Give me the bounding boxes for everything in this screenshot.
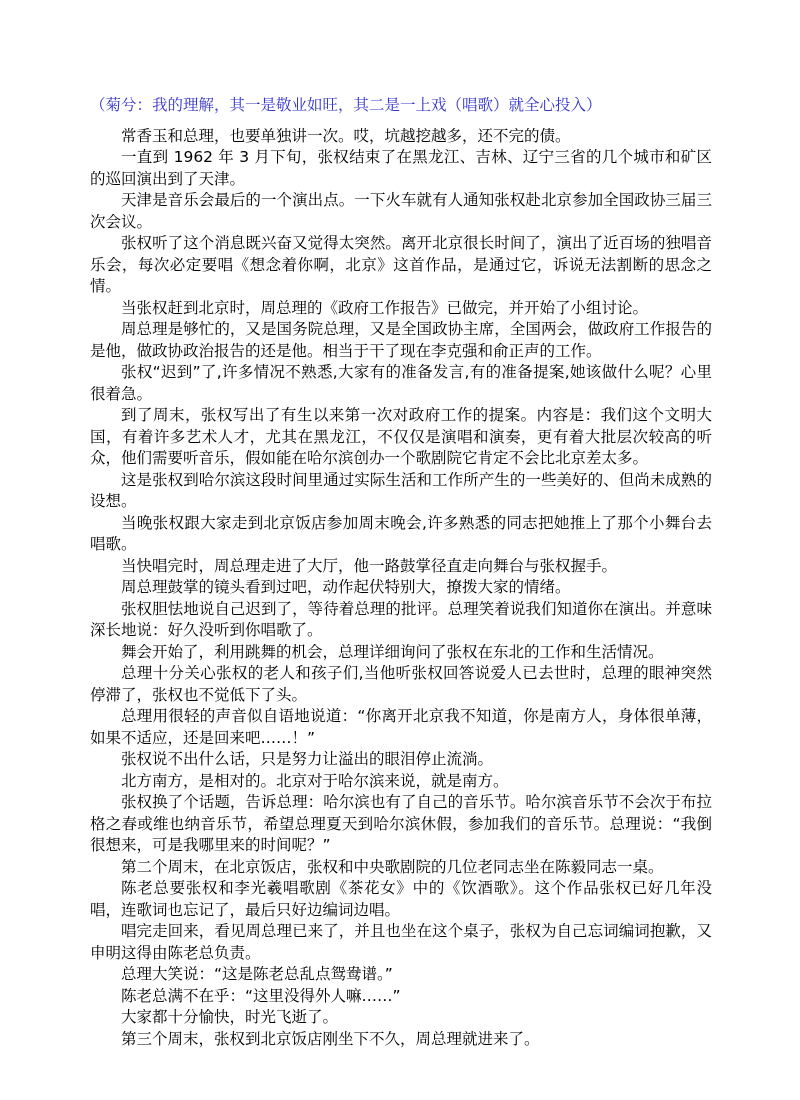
document-body: （菊兮：我的理解，其一是敬业如旺，其二是一上戏（唱歌）就全心投入） 常香玉和总理… xyxy=(90,95,712,1050)
paragraph: 当快唱完时，周总理走进了大厅，他一路鼓掌径直走向舞台与张权握手。 xyxy=(90,556,712,578)
paragraph: 一直到 1962 年 3 月下旬，张权结束了在黑龙江、吉林、辽宁三省的几个城市和… xyxy=(90,147,712,190)
paragraph: 张权“迟到”了,许多情况不熟悉,大家有的准备发言,有的准备提案,她该做什么呢？心… xyxy=(90,362,712,405)
paragraph: 唱完走回来，看见周总理已来了，并且也坐在这个桌子，张权为自己忘词编词抱歉，又申明… xyxy=(90,921,712,964)
document-page: （菊兮：我的理解，其一是敬业如旺，其二是一上戏（唱歌）就全心投入） 常香玉和总理… xyxy=(0,0,800,1100)
paragraph: 张权换了个话题，告诉总理：哈尔滨也有了自己的音乐节。哈尔滨音乐节不会次于布拉格之… xyxy=(90,792,712,857)
paragraph: 北方南方，是相对的。北京对于哈尔滨来说，就是南方。 xyxy=(90,771,712,793)
paragraph: 张权胆怯地说自己迟到了，等待着总理的批评。总理笑着说我们知道你在演出。并意味深长… xyxy=(90,599,712,642)
paragraph: 总理大笑说：“这是陈老总乱点鸳鸯谱。” xyxy=(90,964,712,986)
paragraph: 张权听了这个消息既兴奋又觉得太突然。离开北京很长时间了，演出了近百场的独唱音乐会… xyxy=(90,233,712,298)
paragraph: 陈老总要张权和李光羲唱歌剧《茶花女》中的《饮酒歌》。这个作品张权已好几年没唱，连… xyxy=(90,878,712,921)
paragraph: 第三个周末，张权到北京饭店刚坐下不久，周总理就进来了。 xyxy=(90,1029,712,1051)
paragraph: 这是张权到哈尔滨这段时间里通过实际生活和工作所产生的一些美好的、但尚未成熟的设想… xyxy=(90,470,712,513)
paragraph: 常香玉和总理，也要单独讲一次。哎，坑越挖越多，还不完的债。 xyxy=(90,126,712,148)
paragraph: 周总理鼓掌的镜头看到过吧，动作起伏特别大，撩拨大家的情绪。 xyxy=(90,577,712,599)
annotation-line: （菊兮：我的理解，其一是敬业如旺，其二是一上戏（唱歌）就全心投入） xyxy=(90,95,712,117)
paragraph: 陈老总满不在乎：“这里没得外人嘛……” xyxy=(90,986,712,1008)
paragraph: 张权说不出什么话，只是努力让溢出的眼泪停止流淌。 xyxy=(90,749,712,771)
paragraph: 大家都十分愉快，时光飞逝了。 xyxy=(90,1007,712,1029)
paragraph: 天津是音乐会最后的一个演出点。一下火车就有人通知张权赴北京参加全国政协三届三次会… xyxy=(90,190,712,233)
paragraph: 当晚张权跟大家走到北京饭店参加周末晚会,许多熟悉的同志把她推上了那个小舞台去唱歌… xyxy=(90,513,712,556)
paragraph: 总理用很轻的声音似自语地说道：“你离开北京我不知道，你是南方人，身体很单薄，如果… xyxy=(90,706,712,749)
paragraph: 舞会开始了，利用跳舞的机会，总理详细询问了张权在东北的工作和生活情况。 xyxy=(90,642,712,664)
paragraph: 周总理是够忙的，又是国务院总理，又是全国政协主席，全国两会，做政府工作报告的是他… xyxy=(90,319,712,362)
paragraph: 总理十分关心张权的老人和孩子们,当他听张权回答说爱人已去世时，总理的眼神突然停滞… xyxy=(90,663,712,706)
paragraph-list: 常香玉和总理，也要单独讲一次。哎，坑越挖越多，还不完的债。一直到 1962 年 … xyxy=(90,126,712,1051)
paragraph: 第二个周末，在北京饭店，张权和中央歌剧院的几位老同志坐在陈毅同志一桌。 xyxy=(90,857,712,879)
paragraph: 当张权赶到北京时，周总理的《政府工作报告》已做完，并开始了小组讨论。 xyxy=(90,298,712,320)
paragraph: 到了周末，张权写出了有生以来第一次对政府工作的提案。内容是：我们这个文明大国，有… xyxy=(90,405,712,470)
